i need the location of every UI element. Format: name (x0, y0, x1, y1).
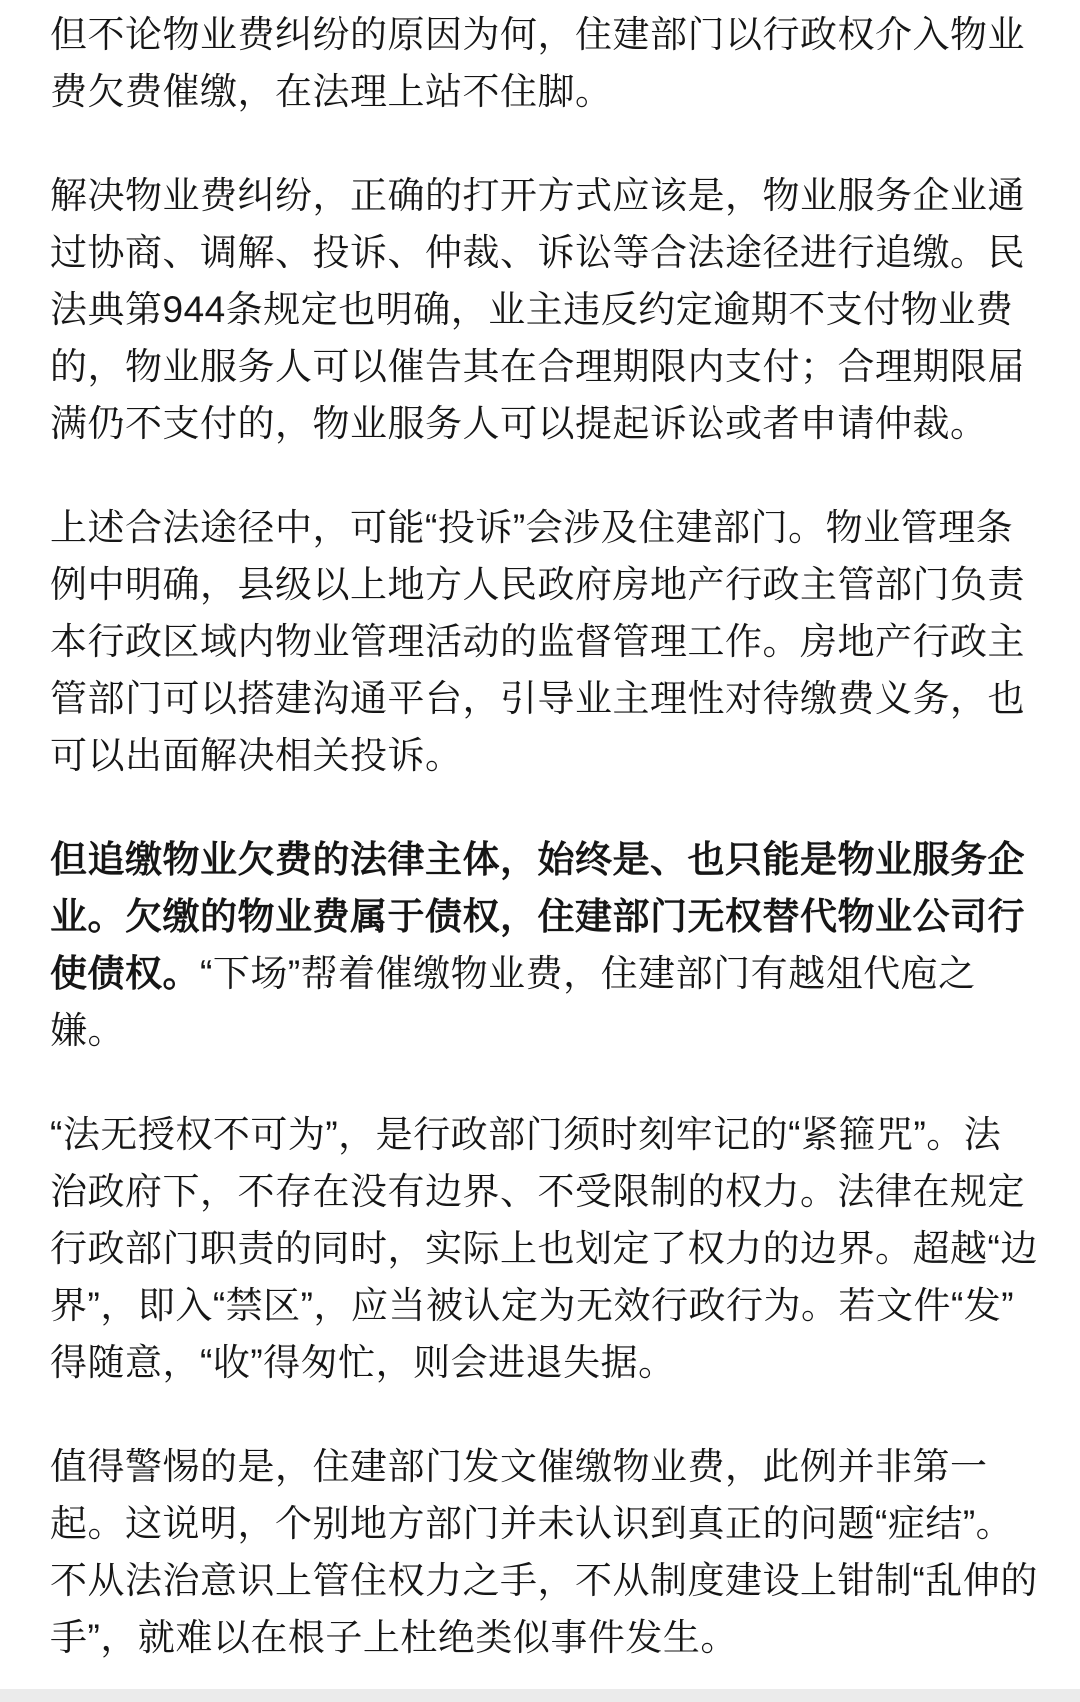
text-line: 但追缴物业欠费的法律主体，始终是、也只能是物业服务企 (50, 831, 1030, 888)
text-run: 界”，即入“禁区”，应当被认定为无效行政行为。若文件“发” (50, 1285, 1014, 1326)
text-run: “法无授权不可为”，是行政部门须时刻牢记的“紧箍咒”。法 (50, 1114, 1001, 1155)
bold-text-run: 使债权。 (50, 953, 200, 994)
text-line: 治政府下，不存在没有边界、不受限制的权力。法律在规定 (50, 1163, 1030, 1220)
text-line: 但不论物业费纠纷的原因为何，住建部门以行政权介入物业 (50, 6, 1030, 63)
text-run: 费欠费催缴，在法理上站不住脚。 (50, 71, 613, 112)
text-run: “下场”帮着催缴物业费，住建部门有越俎代庖之 (200, 953, 976, 994)
text-line: 使债权。“下场”帮着催缴物业费，住建部门有越俎代庖之 (50, 945, 1030, 1002)
text-line: 本行政区域内物业管理活动的监督管理工作。房地产行政主 (50, 613, 1030, 670)
text-line: 行政部门职责的同时，实际上也划定了权力的边界。超越“边 (50, 1220, 1030, 1277)
text-run: 起。这说明，个别地方部门并未认识到真正的问题“症结”。 (50, 1503, 1013, 1544)
text-line: 手”，就难以在根子上杜绝类似事件发生。 (50, 1609, 1030, 1666)
text-line: 嫌。 (50, 1002, 1030, 1059)
text-line: 上述合法途径中，可能“投诉”会涉及住建部门。物业管理条 (50, 499, 1030, 556)
text-line: 不从法治意识上管住权力之手，不从制度建设上钳制“乱伸的 (50, 1552, 1030, 1609)
text-line: 法典第944条规定也明确，业主违反约定逾期不支付物业费 (50, 281, 1030, 338)
text-run: 嫌。 (50, 1010, 125, 1051)
text-line: 费欠费催缴，在法理上站不住脚。 (50, 63, 1030, 120)
paragraph: 但追缴物业欠费的法律主体，始终是、也只能是物业服务企业。欠缴的物业费属于债权，住… (50, 831, 1030, 1059)
text-run: 不从法治意识上管住权力之手，不从制度建设上钳制“乱伸的 (50, 1560, 1038, 1601)
text-line: 起。这说明，个别地方部门并未认识到真正的问题“症结”。 (50, 1495, 1030, 1552)
text-run: 治政府下，不存在没有边界、不受限制的权力。法律在规定 (50, 1171, 1025, 1212)
text-run: 可以出面解决相关投诉。 (50, 735, 463, 776)
text-run: 管部门可以搭建沟通平台，引导业主理性对待缴费义务，也 (50, 678, 1025, 719)
text-line: 管部门可以搭建沟通平台，引导业主理性对待缴费义务，也 (50, 670, 1030, 727)
paragraph: 但不论物业费纠纷的原因为何，住建部门以行政权介入物业费欠费催缴，在法理上站不住脚… (50, 6, 1030, 120)
text-run: 本行政区域内物业管理活动的监督管理工作。房地产行政主 (50, 621, 1025, 662)
bold-text-run: 但追缴物业欠费的法律主体，始终是、也只能是物业服务企 (50, 839, 1025, 880)
bold-text-run: 业。欠缴的物业费属于债权，住建部门无权替代物业公司行 (50, 896, 1025, 937)
text-run: 手”，就难以在根子上杜绝类似事件发生。 (50, 1617, 738, 1658)
text-line: 业。欠缴的物业费属于债权，住建部门无权替代物业公司行 (50, 888, 1030, 945)
paragraph: “法无授权不可为”，是行政部门须时刻牢记的“紧箍咒”。法治政府下，不存在没有边界… (50, 1106, 1030, 1391)
text-line: 例中明确，县级以上地方人民政府房地产行政主管部门负责 (50, 556, 1030, 613)
paragraph: 解决物业费纠纷，正确的打开方式应该是，物业服务企业通过协商、调解、投诉、仲裁、诉… (50, 167, 1030, 452)
paragraph: 值得警惕的是，住建部门发文催缴物业费，此例并非第一起。这说明，个别地方部门并未认… (50, 1438, 1030, 1666)
text-line: “法无授权不可为”，是行政部门须时刻牢记的“紧箍咒”。法 (50, 1106, 1030, 1163)
text-line: 值得警惕的是，住建部门发文催缴物业费，此例并非第一 (50, 1438, 1030, 1495)
text-run: 法典第944条规定也明确，业主违反约定逾期不支付物业费 (50, 289, 1013, 330)
text-line: 的，物业服务人可以催告其在合理期限内支付；合理期限届 (50, 338, 1030, 395)
text-run: 但不论物业费纠纷的原因为何，住建部门以行政权介入物业 (50, 14, 1025, 55)
text-run: 例中明确，县级以上地方人民政府房地产行政主管部门负责 (50, 564, 1025, 605)
text-run: 得随意，“收”得匆忙，则会进退失据。 (50, 1342, 676, 1383)
text-line: 得随意，“收”得匆忙，则会进退失据。 (50, 1334, 1030, 1391)
text-run: 上述合法途径中，可能“投诉”会涉及住建部门。物业管理条 (50, 507, 1013, 548)
text-run: 过协商、调解、投诉、仲裁、诉讼等合法途径进行追缴。民 (50, 232, 1025, 273)
text-run: 值得警惕的是，住建部门发文催缴物业费，此例并非第一 (50, 1446, 988, 1487)
text-line: 界”，即入“禁区”，应当被认定为无效行政行为。若文件“发” (50, 1277, 1030, 1334)
text-line: 过协商、调解、投诉、仲裁、诉讼等合法途径进行追缴。民 (50, 224, 1030, 281)
paragraph: 上述合法途径中，可能“投诉”会涉及住建部门。物业管理条例中明确，县级以上地方人民… (50, 499, 1030, 784)
text-run: 解决物业费纠纷，正确的打开方式应该是，物业服务企业通 (50, 175, 1025, 216)
bottom-divider (0, 1689, 1080, 1702)
text-line: 可以出面解决相关投诉。 (50, 727, 1030, 784)
text-line: 解决物业费纠纷，正确的打开方式应该是，物业服务企业通 (50, 167, 1030, 224)
text-run: 满仍不支付的，物业服务人可以提起诉讼或者申请仲裁。 (50, 403, 988, 444)
article-body: 但不论物业费纠纷的原因为何，住建部门以行政权介入物业费欠费催缴，在法理上站不住脚… (0, 0, 1080, 1666)
text-run: 行政部门职责的同时，实际上也划定了权力的边界。超越“边 (50, 1228, 1038, 1269)
text-run: 的，物业服务人可以催告其在合理期限内支付；合理期限届 (50, 346, 1025, 387)
text-line: 满仍不支付的，物业服务人可以提起诉讼或者申请仲裁。 (50, 395, 1030, 452)
